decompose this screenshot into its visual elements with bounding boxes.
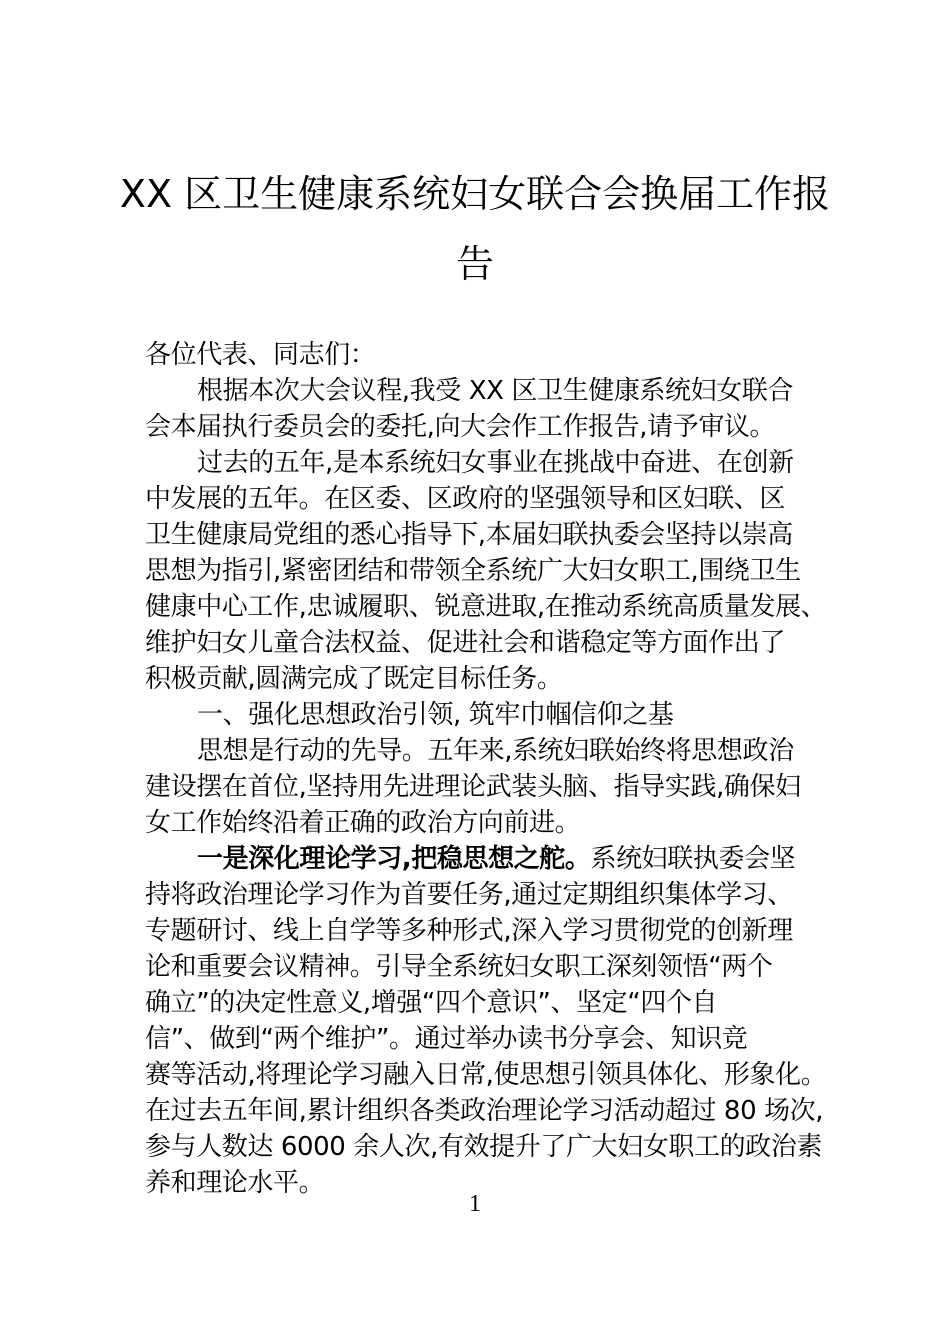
paragraph-line: 参与人数达 6000 余人次,有效提升了广大妇女职工的政治素 bbox=[145, 1129, 825, 1165]
paragraph-line: 思想是行动的先导。五年来,系统妇联始终将思想政治 bbox=[197, 733, 877, 769]
paragraph-line: 过去的五年,是本系统妇女事业在挑战中奋进、在创新 bbox=[197, 445, 877, 481]
line-text: 系统妇联执委会坚 bbox=[590, 844, 795, 874]
paragraph-line: 女工作始终沿着正确的政治方向前进。 bbox=[145, 805, 825, 841]
subheading-paragraph-line: 一是深化理论学习,把稳思想之舵。系统妇联执委会坚 bbox=[197, 841, 877, 877]
paragraph-line: 积极贡献,圆满完成了既定目标任务。 bbox=[145, 661, 825, 697]
paragraph-line: 确立”的决定性意义,增强“四个意识”、坚定“四个自 bbox=[145, 985, 825, 1021]
paragraph-line: 持将政治理论学习作为首要任务,通过定期组织集体学习、 bbox=[145, 877, 825, 913]
salutation: 各位代表、同志们： bbox=[145, 337, 825, 373]
document-page: XX 区卫生健康系统妇女联合会换届工作报 告 各位代表、同志们： 根据本次大会议… bbox=[0, 0, 950, 1344]
paragraph-line: 卫生健康局党组的悉心指导下,本届妇联执委会坚持以崇高 bbox=[145, 517, 825, 553]
bold-lead-phrase: 一是深化理论学习,把稳思想之舵。 bbox=[197, 844, 590, 874]
page-number: 1 bbox=[0, 1190, 950, 1218]
paragraph-line: 赛等活动,将理论学习融入日常,使思想引领具体化、形象化。 bbox=[145, 1057, 825, 1093]
paragraph-line: 健康中心工作,忠诚履职、锐意进取,在推动系统高质量发展、 bbox=[145, 589, 825, 625]
paragraph-line: 维护妇女儿童合法权益、促进社会和谐稳定等方面作出了 bbox=[145, 625, 825, 661]
paragraph-line: 思想为指引,紧密团结和带领全系统广大妇女职工,围绕卫生 bbox=[145, 553, 825, 589]
paragraph-line: 论和重要会议精神。引导全系统妇女职工深刻领悟“两个 bbox=[145, 949, 825, 985]
paragraph-line: 建设摆在首位,坚持用先进理论武装头脑、指导实践,确保妇 bbox=[145, 769, 825, 805]
paragraph-line: 根据本次大会议程,我受 XX 区卫生健康系统妇女联合 bbox=[197, 373, 877, 409]
paragraph-line: 中发展的五年。在区委、区政府的坚强领导和区妇联、区 bbox=[145, 481, 825, 517]
paragraph-line: 在过去五年间,累计组织各类政治理论学习活动超过 80 场次, bbox=[145, 1093, 825, 1129]
paragraph-line: 会本届执行委员会的委托,向大会作工作报告,请予审议。 bbox=[145, 409, 825, 445]
document-title-line-1: XX 区卫生健康系统妇女联合会换届工作报 bbox=[0, 170, 950, 218]
paragraph-line: 专题研讨、线上自学等多种形式,深入学习贯彻党的创新理 bbox=[145, 913, 825, 949]
paragraph-line: 信”、做到“两个维护”。通过举办读书分享会、知识竞 bbox=[145, 1021, 825, 1057]
document-title-line-2: 告 bbox=[0, 240, 950, 288]
section-heading: 一、强化思想政治引领, 筑牢巾帼信仰之基 bbox=[197, 697, 877, 733]
